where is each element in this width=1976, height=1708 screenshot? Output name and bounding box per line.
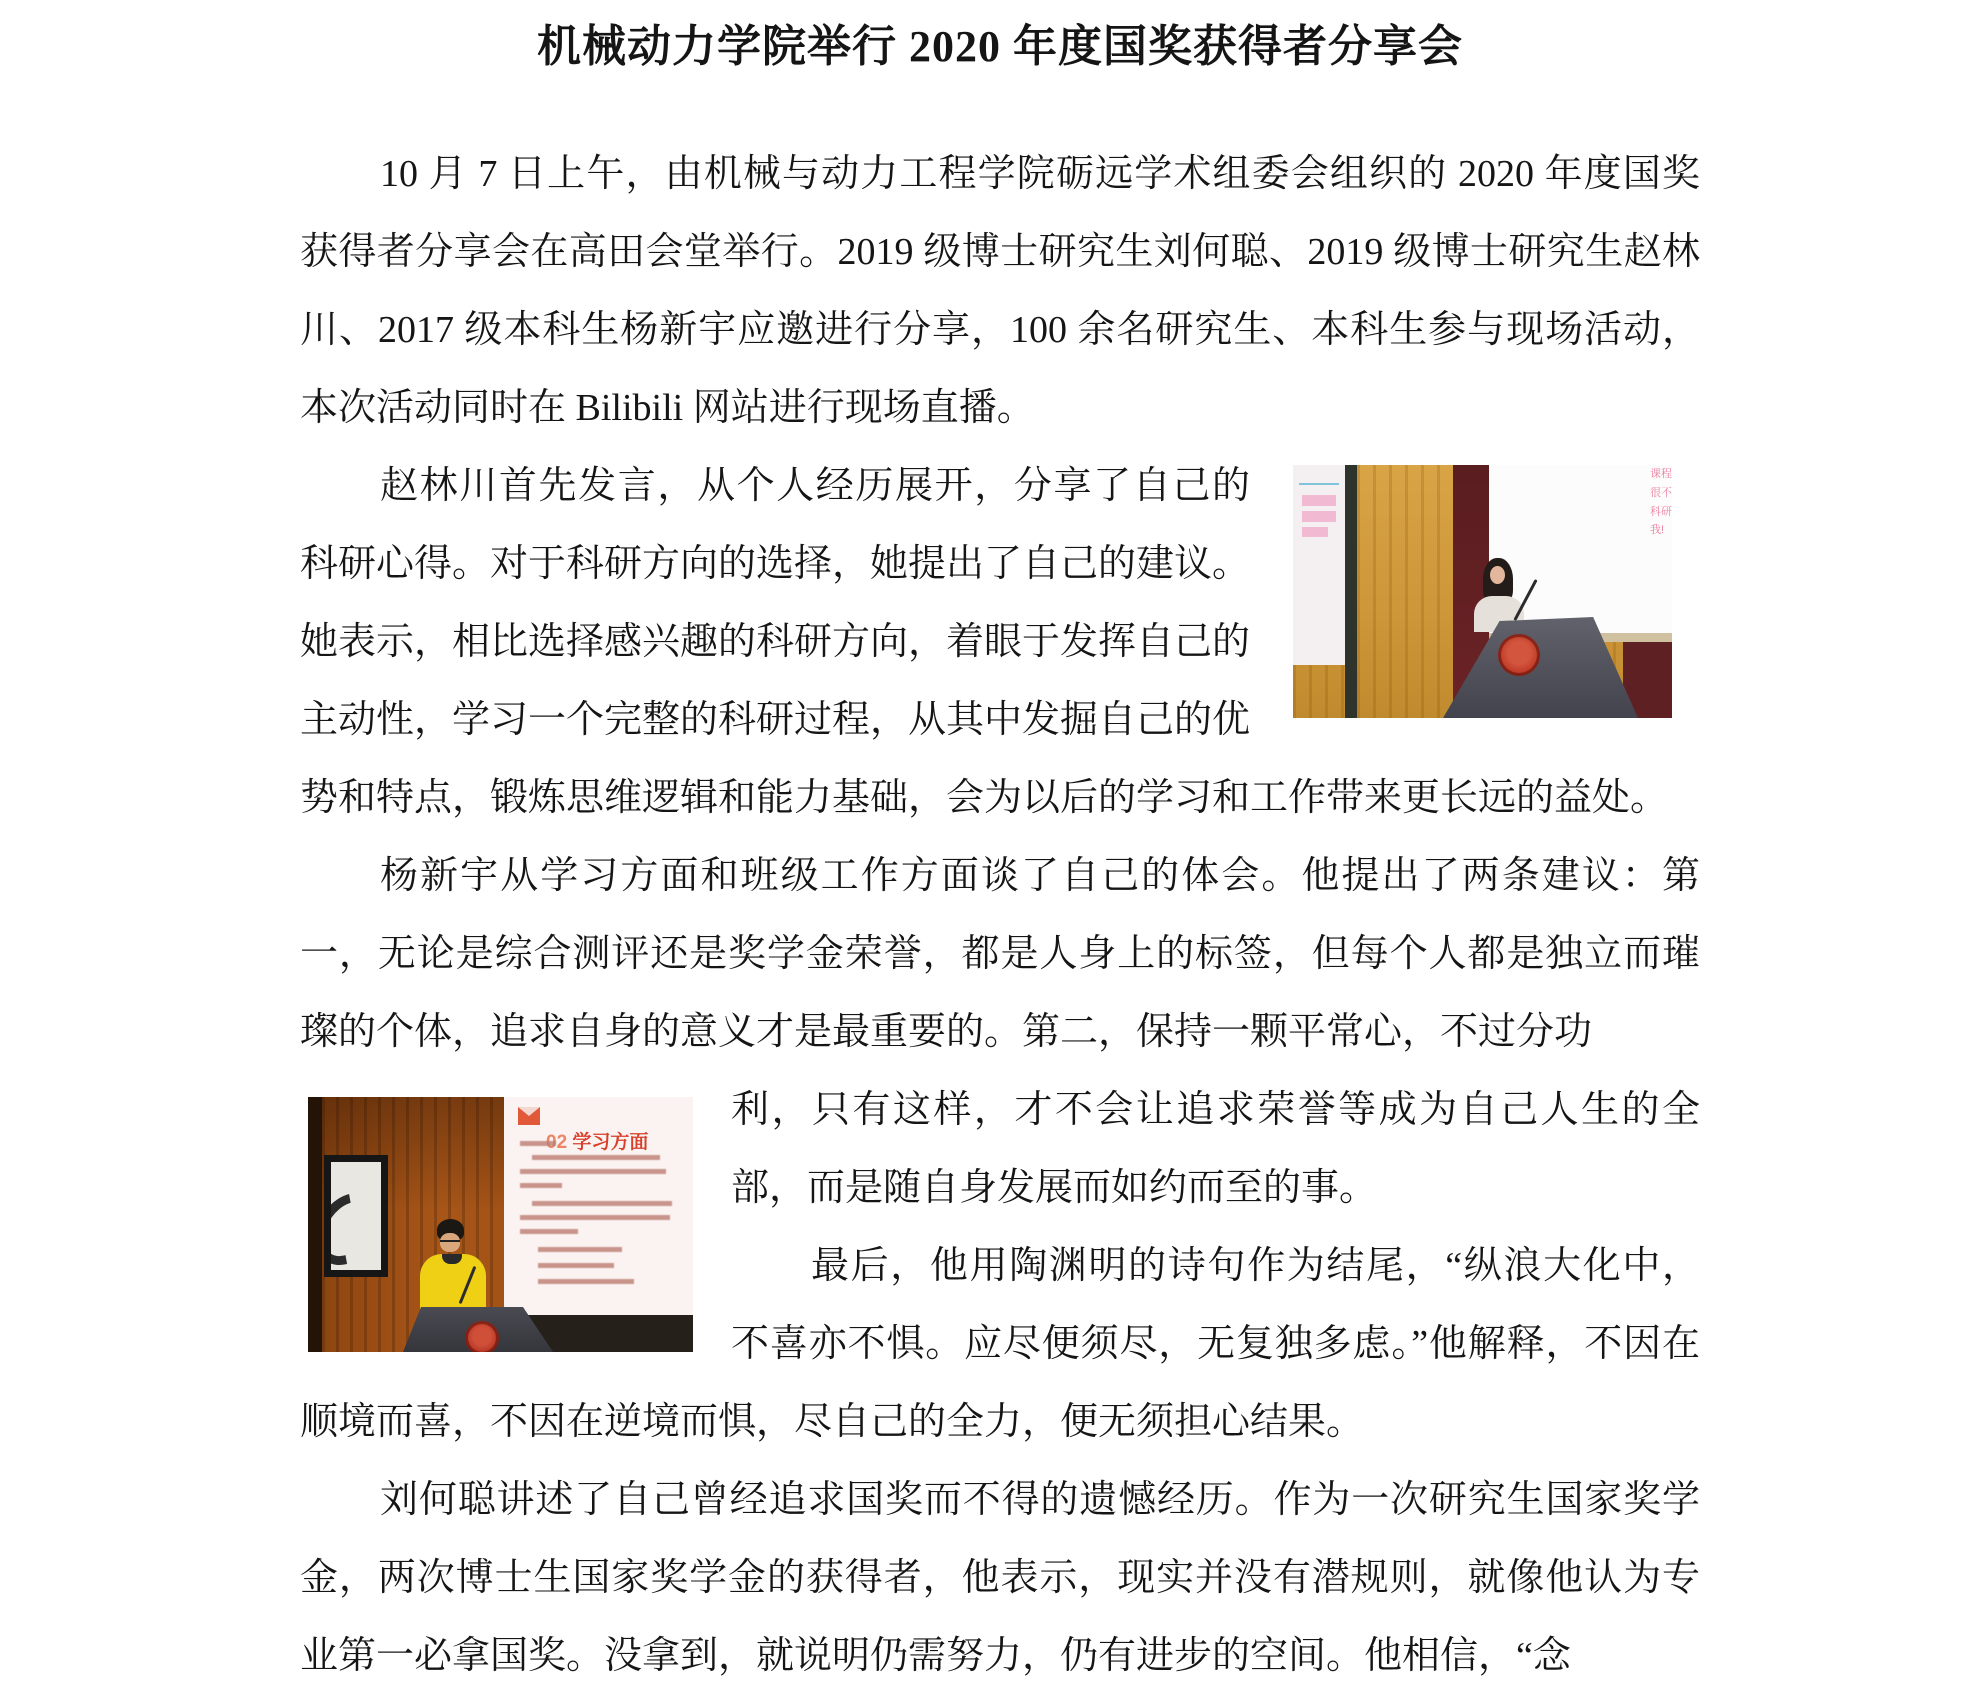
paragraph-yangxinyu-part2-text: 利，只有这样，才不会让追求荣誉等成为自己人生的全部，而是随自身发展而如约而至的事… [731,1089,1700,1209]
photo-speaker-zhaolinchuan: 课程与项目实习工作很不适应我要转行科研不适合我!学术小 [1293,465,1672,718]
university-seal [1498,634,1540,676]
slide-note: 科研不适合 [1570,506,1672,519]
slide-text-line [538,1263,614,1268]
document-page: 机械动力学院举行 2020 年度国奖获得者分享会 10 月 7 日上午，由机械与… [0,0,1976,1708]
paragraph-yangxinyu-part1-text: 杨新宇从学习方面和班级工作方面谈了自己的体会。他提出了两条建议：第一，无论是综合… [300,855,1700,1053]
slide-text-line [532,1155,660,1160]
slide-arrow-graphic [1299,483,1339,485]
speaker-figure-face [1490,566,1505,584]
slide-text-line [532,1201,672,1206]
envelope-icon [518,1107,540,1125]
projection-screen-slide: 02 学习方面 [504,1097,693,1315]
paragraph-yangxinyu-part1: 杨新宇从学习方面和班级工作方面谈了自己的体会。他提出了两条建议：第一，无论是综合… [300,837,1700,1071]
speaker-figure-face [440,1233,460,1252]
photo-speaker-yangxinyu: 02 学习方面 [308,1097,693,1352]
screen-bezel [1345,465,1357,718]
pink-note-block [1302,495,1336,506]
slide-title-text: 学习方面 [572,1132,648,1153]
paragraph-liuhecong: 刘何聪讲述了自己曾经追求国奖而不得的遗憾经历。作为一次研究生国家奖学金，两次博士… [300,1461,1700,1695]
slide-text-line [538,1247,622,1252]
projection-screen-small [324,1155,388,1277]
university-seal [465,1321,499,1352]
slide-note: 实习工作 [1636,468,1672,481]
document-content: 机械动力学院举行 2020 年度国奖获得者分享会 10 月 7 日上午，由机械与… [0,0,1976,1695]
slide-note: 我! [1570,524,1664,537]
screen-graphic-arc [324,1180,388,1277]
pink-note-block [1302,527,1328,537]
paragraph-zhaolinchuan: 课程与项目实习工作很不适应我要转行科研不适合我!学术小赵林川首先发言，从个人经历… [300,447,1700,837]
slide-note: 我要转行 [1636,487,1672,500]
glasses [440,1240,460,1242]
slide-text-line [520,1215,670,1220]
paragraph-yangxinyu-part2: 02 学习方面利，只有这样，才不会让追求荣誉等成为自己人生的全部，而是随自身发展… [300,1071,1700,1227]
paragraph-intro-text: 10 月 7 日上午，由机械与动力工程学院砺远学术组委会组织的 2020 年度国… [300,153,1700,429]
page-title: 机械动力学院举行 2020 年度国奖获得者分享会 [300,0,1700,80]
slide-watermark: 学术小 [1629,569,1672,582]
projection-screen-left [1293,465,1345,665]
pink-note-block [1302,511,1336,522]
slide-text-line [520,1229,578,1234]
slide-text-line [520,1183,562,1188]
slide-text-line [538,1279,634,1284]
dark-edge [308,1097,322,1352]
paragraph-intro: 10 月 7 日上午，由机械与动力工程学院砺远学术组委会组织的 2020 年度国… [300,135,1700,447]
paragraph-liuhecong-text: 刘何聪讲述了自己曾经追求国奖而不得的遗憾经历。作为一次研究生国家奖学金，两次博士… [300,1479,1700,1677]
slide-text-line [520,1169,666,1174]
slide-text-line [520,1141,556,1146]
